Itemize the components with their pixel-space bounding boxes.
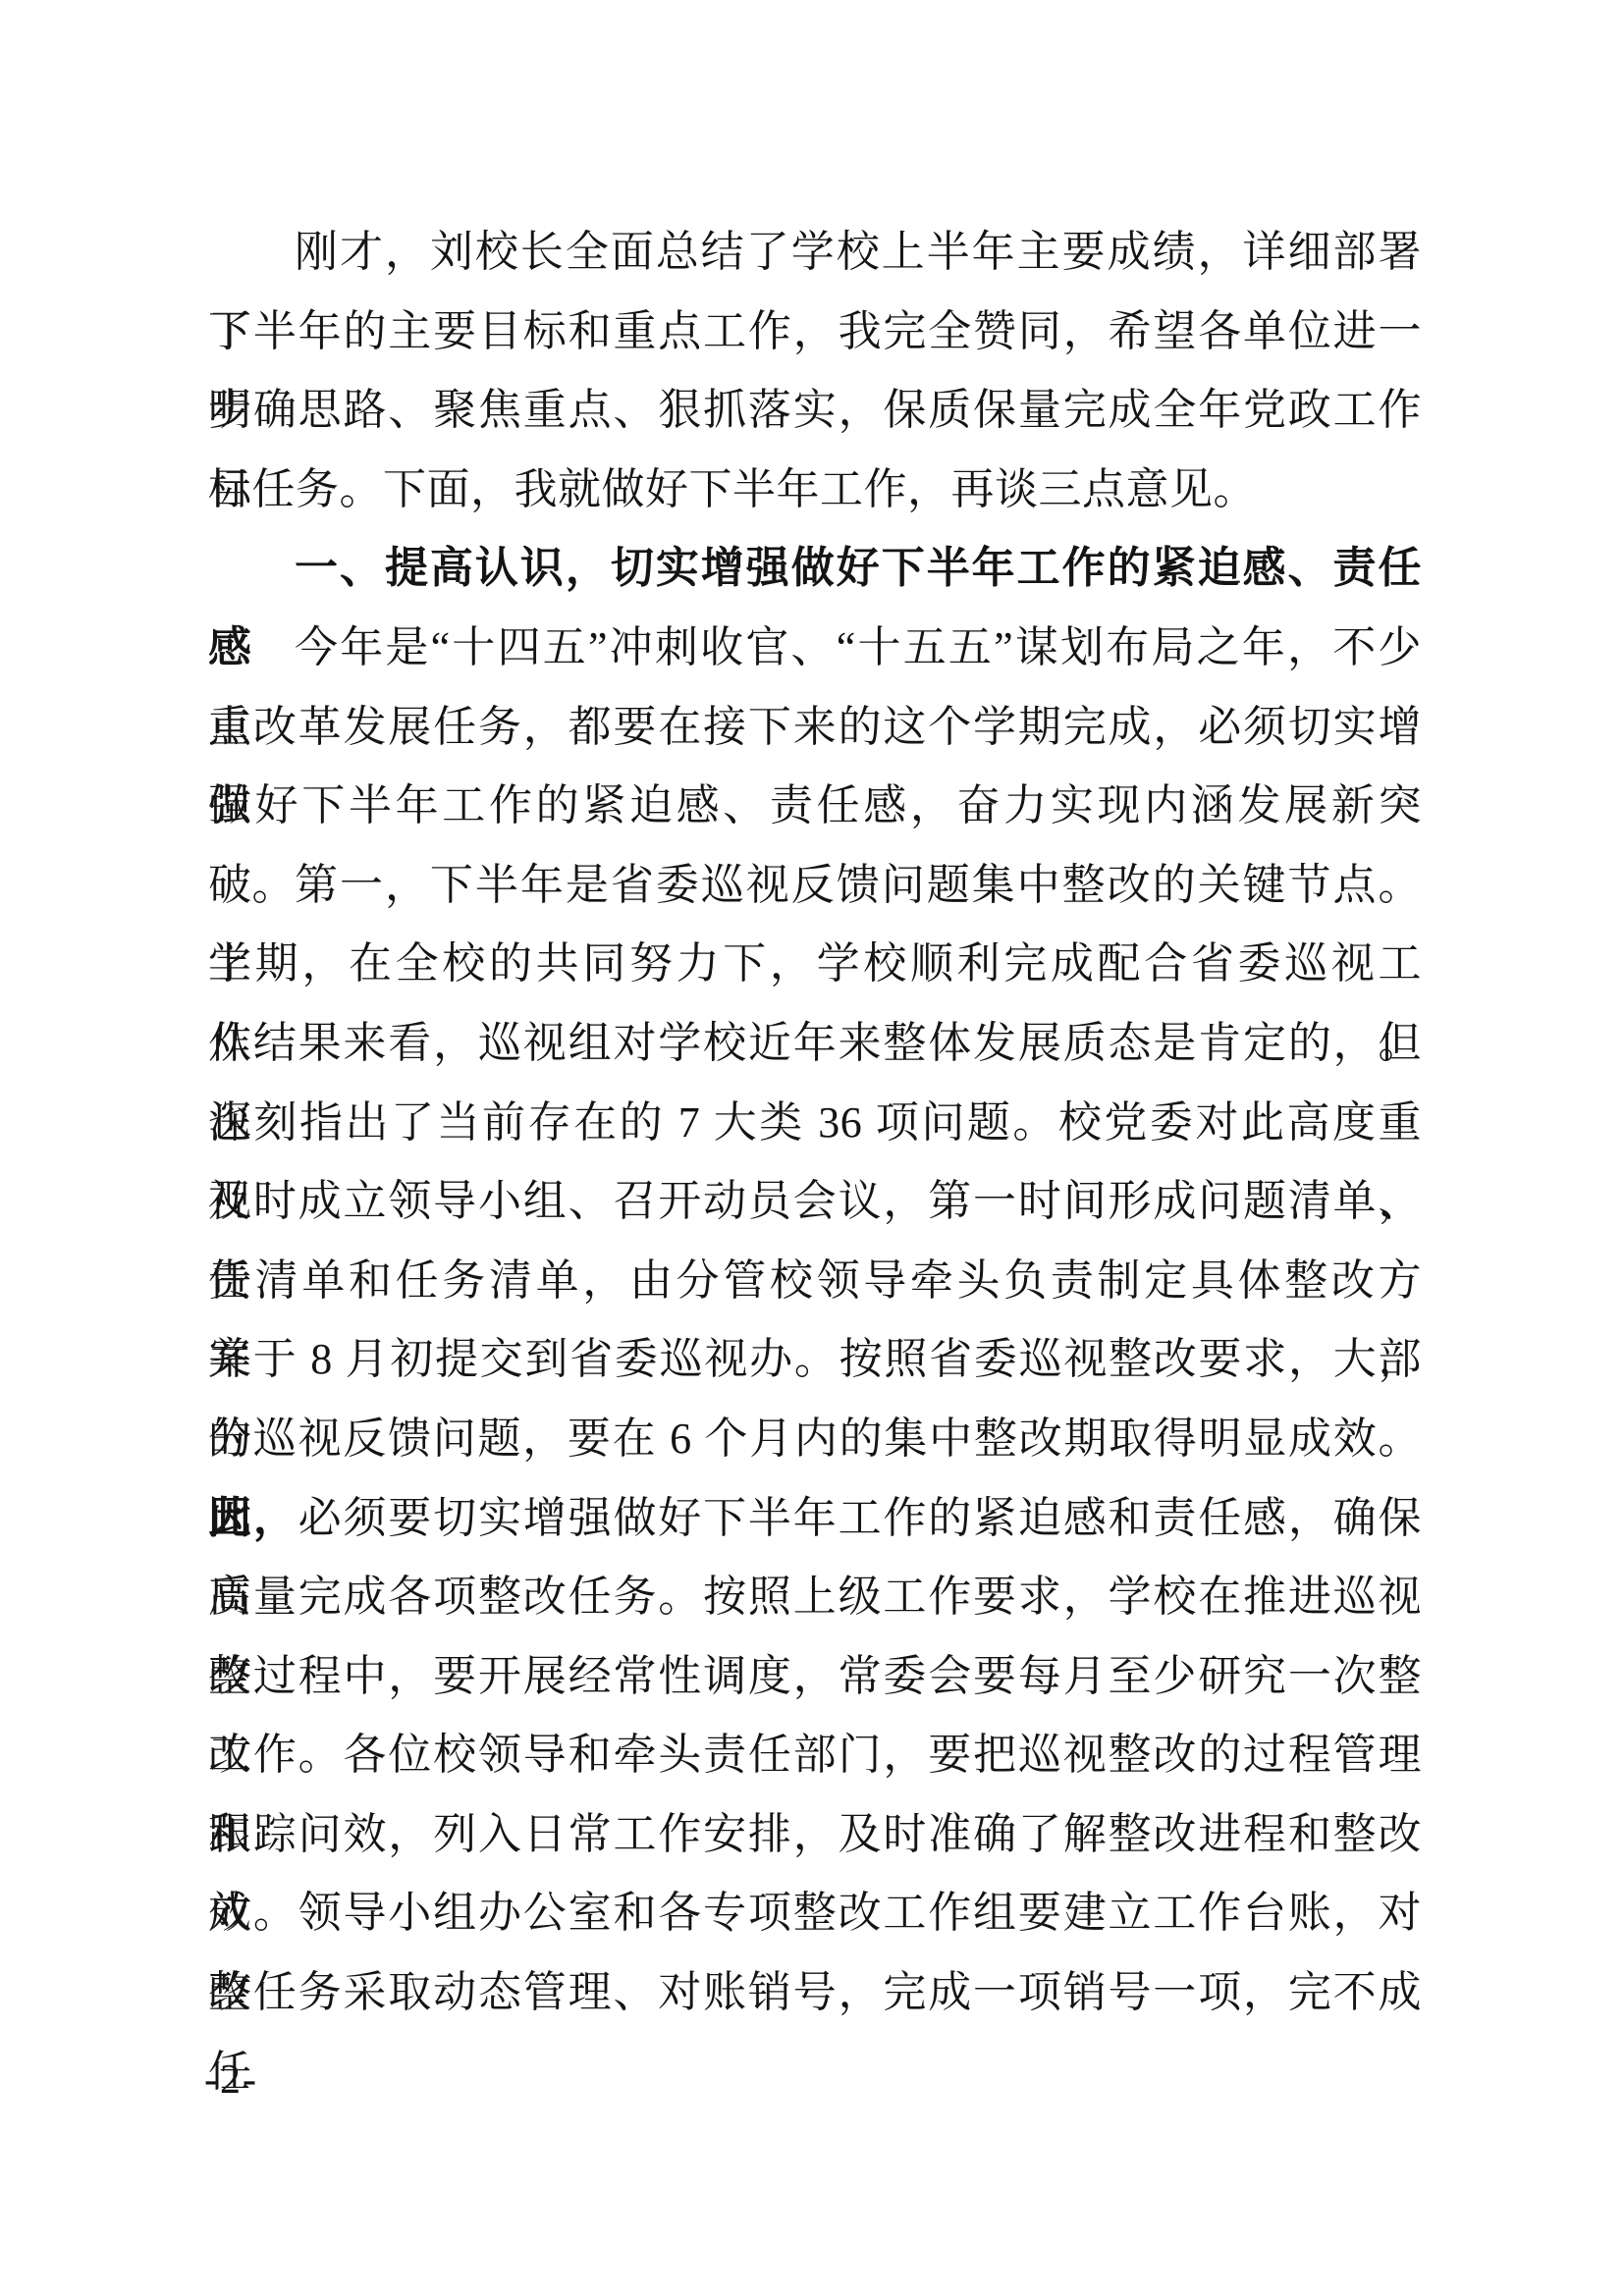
text-segment: 此，	[208, 1494, 298, 1542]
text-line: 今年是“十四五”冲刺收官、“十五五”谋划布局之年，不少重	[208, 609, 1422, 688]
text-line: 改过程中，要开展经常性调度，常委会要每月至少研究一次整改	[208, 1637, 1422, 1717]
text-line: 下半年的主要目标和重点工作，我完全赞同，希望各单位进一步	[208, 293, 1422, 372]
text-line: 从结果来看，巡视组对学校近年来整体发展质态是肯定的，但也	[208, 1004, 1422, 1084]
text-line: 质量完成各项整改任务。按照上级工作要求，学校在推进巡视整	[208, 1558, 1422, 1637]
text-line: 学期，在全校的共同努力下，学校顺利完成配合省委巡视工作。	[208, 925, 1422, 1004]
text-segment: 标任务。下面，我就做好下半年工作，再谈三点意见。	[208, 465, 1257, 513]
text-line: 刚才，刘校长全面总结了学校上半年主要成绩，详细部署了	[208, 213, 1422, 293]
text-line: 做好下半年工作的紧迫感、责任感，奋力实现内涵发展新突破。	[208, 767, 1422, 846]
text-line: 标任务。下面，我就做好下半年工作，再谈三点意见。	[208, 451, 1422, 530]
page-number: -2-	[204, 2057, 258, 2103]
text-segment: 改任务采取动态管理、对账销号，完成一项销号一项，完不成任	[208, 1968, 1422, 2096]
text-line: 第一，下半年是省委巡视反馈问题集中整改的关键节点。上	[208, 846, 1422, 926]
text-line: 此，必须要切实增强做好下半年工作的紧迫感和责任感，确保高	[208, 1479, 1422, 1559]
document-page: 刚才，刘校长全面总结了学校上半年主要成绩，详细部署了下半年的主要目标和重点工作，…	[0, 0, 1624, 2296]
text-line: 及时成立领导小组、召开动员会议，第一时间形成问题清单、责	[208, 1162, 1422, 1242]
text-line: 改任务采取动态管理、对账销号，完成一项销号一项，完不成任	[208, 1953, 1422, 2033]
text-line: 点改革发展任务，都要在接下来的这个学期完成，必须切实增强	[208, 688, 1422, 768]
text-line: 效。领导小组办公室和各专项整改工作组要建立工作台账，对整	[208, 1874, 1422, 1953]
text-block: 刚才，刘校长全面总结了学校上半年主要成绩，详细部署了下半年的主要目标和重点工作，…	[208, 213, 1422, 2033]
text-line: 工作。各位校领导和牵头责任部门，要把巡视整改的过程管理和	[208, 1716, 1422, 1795]
text-line: 并于 8 月初提交到省委巡视办。按照省委巡视整改要求，大部分	[208, 1320, 1422, 1400]
text-line: 的巡视反馈问题，要在 6 个月内的集中整改期取得明显成效。因	[208, 1400, 1422, 1479]
text-line: 跟踪问效，列入日常工作安排，及时准确了解整改进程和整改成	[208, 1795, 1422, 1875]
text-line: 深刻指出了当前存在的 7 大类 36 项问题。校党委对此高度重视，	[208, 1084, 1422, 1163]
text-line: 任清单和任务清单，由分管校领导牵头负责制定具体整改方案，	[208, 1242, 1422, 1321]
heading-line: 一、提高认识，切实增强做好下半年工作的紧迫感、责任感	[208, 529, 1422, 609]
text-line: 明确思路、聚焦重点、狠抓落实，保质保量完成全年党政工作目	[208, 371, 1422, 451]
text-segment: 的巡视反馈问题，要在 6 个月内的集中整改期取得明显成效。	[208, 1415, 1422, 1463]
